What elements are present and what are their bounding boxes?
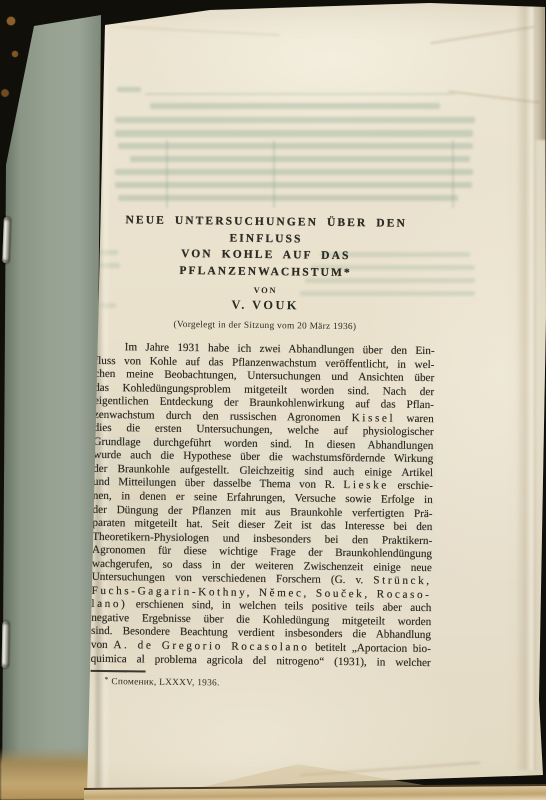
footnote: * Споменик, LXXXV, 1936. — [90, 674, 430, 690]
article-title-line2: VON KOHLE AUF DAS PFLANZENWACHSTUM* — [96, 245, 436, 282]
body-line: quimica al problema agricola del nitroge… — [91, 652, 431, 670]
top-right-edge-shadow — [534, 0, 546, 140]
staple-bottom — [2, 621, 10, 668]
scanned-paper-photo: NEUE UNTERSUCHUNGEN ÜBER DEN EINFLUSS VO… — [0, 0, 546, 800]
byline-label: VON — [95, 283, 435, 297]
footnote-text: Споменик, LXXXV, 1936. — [111, 677, 219, 688]
printed-text-block: NEUE UNTERSUCHUNGEN ÜBER DEN EINFLUSS VO… — [90, 204, 436, 691]
presentation-note: (Vorgelegt in der Sitzung vom 20 März 19… — [95, 319, 435, 333]
page-right-fold — [516, 0, 536, 770]
footnote-marker: * — [104, 675, 108, 684]
article-title: NEUE UNTERSUCHUNGEN ÜBER DEN EINFLUSS VO… — [96, 204, 437, 282]
footnote-rule — [91, 670, 146, 672]
article-title-line1: NEUE UNTERSUCHUNGEN ÜBER DEN EINFLUSS — [96, 212, 436, 249]
body-text: Im Jahre 1931 habe ich zwei Abhandlungen… — [91, 341, 435, 670]
crease-line — [120, 26, 280, 36]
author-name: V. VOUK — [95, 296, 435, 315]
